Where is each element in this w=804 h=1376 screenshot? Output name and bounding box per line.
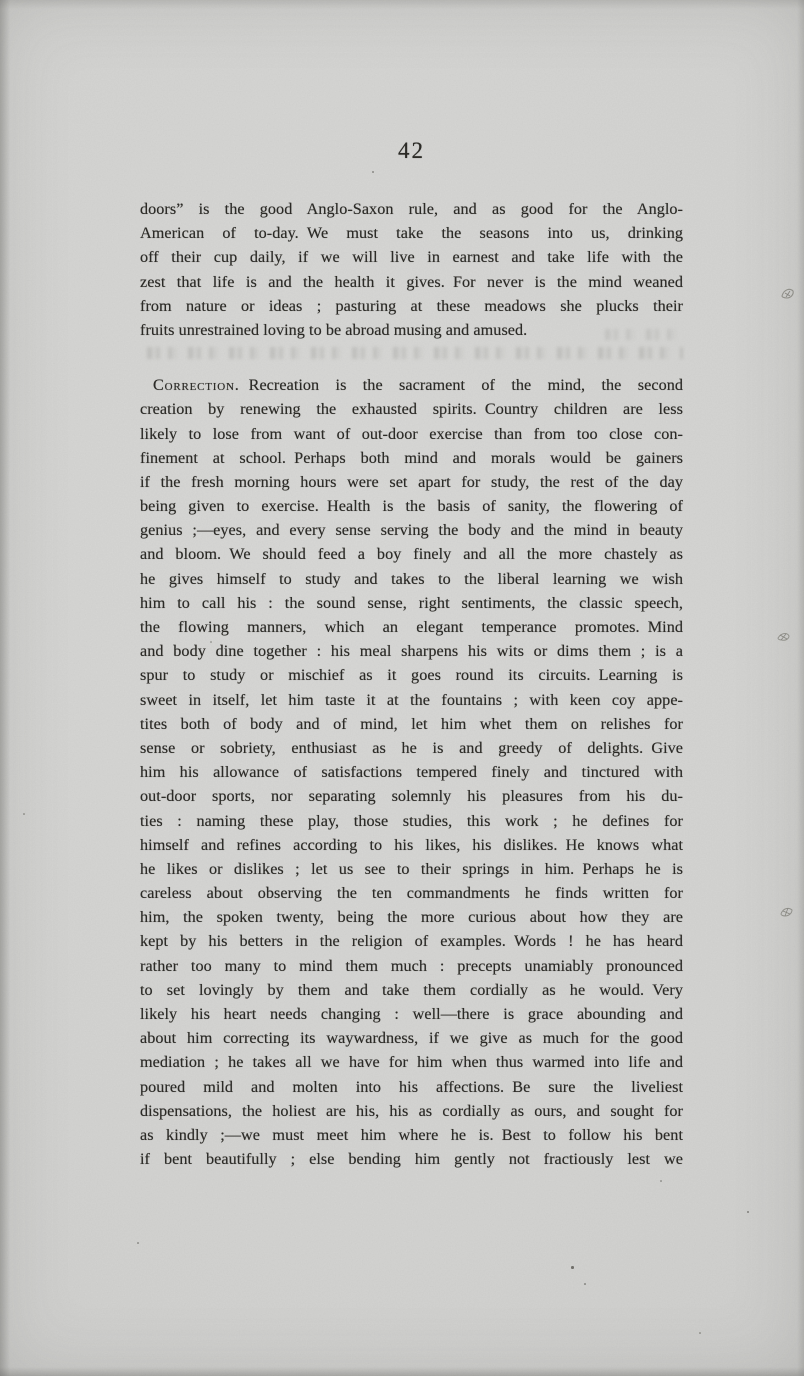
- text-line: if the fresh morning hours were set apar…: [140, 470, 683, 494]
- scan-speck: [372, 171, 374, 173]
- text-line: Correction.Recreation is the sacrament o…: [140, 373, 683, 397]
- text-line: as kindly ;—we must meet him where he is…: [140, 1123, 683, 1147]
- text-line: doors” is the good Anglo-Saxon rule, and…: [140, 197, 683, 221]
- text-line: sense or sobriety, enthusiast as he is a…: [140, 736, 683, 760]
- text-line: and body dine together : his meal sharpe…: [140, 639, 683, 663]
- text-line: fruits unrestrained loving to be abroad …: [140, 318, 683, 342]
- text-line: likely to lose from want of out-door exe…: [140, 422, 683, 446]
- text-line: genius ;—eyes, and every sense serving t…: [140, 518, 683, 542]
- text-line: him to call his : the sound sense, right…: [140, 591, 683, 615]
- paragraph-intro-continuation: doors” is the good Anglo-Saxon rule, and…: [140, 197, 683, 342]
- text-line: sweet in itself, let him taste it at the…: [140, 688, 683, 712]
- paragraph-lead-smallcaps: Correction.: [153, 376, 240, 394]
- text-line: finement at school. Perhaps both mind an…: [140, 446, 683, 470]
- text-line: he gives himself to study and takes to t…: [140, 567, 683, 591]
- text-line: about him correcting its waywardness, if…: [140, 1026, 683, 1050]
- scan-speck: [660, 1180, 662, 1182]
- paragraph-correction: Correction.Recreation is the sacrament o…: [140, 373, 683, 1171]
- scan-speck: [699, 1332, 701, 1334]
- text-line: if bent beautifully ; else bending him g…: [140, 1147, 683, 1171]
- scan-speck: [571, 1266, 574, 1269]
- scan-speck: [23, 813, 25, 815]
- paper-crease-mark: [779, 285, 797, 303]
- text-line: spur to study or mischief as it goes rou…: [140, 663, 683, 687]
- text-line: to set lovingly by them and take them co…: [140, 978, 683, 1002]
- text-line: zest that life is and the health it give…: [140, 270, 683, 294]
- text-line: him his allowance of satisfactions tempe…: [140, 760, 683, 784]
- text-line: American of to-day. We must take the sea…: [140, 221, 683, 245]
- text-line: the flowing manners, which an elegant te…: [140, 615, 683, 639]
- text-line: kept by his betters in the religion of e…: [140, 929, 683, 953]
- text-line: careless about observing the ten command…: [140, 881, 683, 905]
- scan-speck: [137, 1242, 139, 1244]
- text-line: tites both of body and of mind, let him …: [140, 712, 683, 736]
- text-line: ties : naming these play, those studies,…: [140, 809, 683, 833]
- text-line: mediation ; he takes all we have for him…: [140, 1050, 683, 1074]
- scan-speck: [747, 1211, 749, 1213]
- text-line: and bloom. We should feed a boy finely a…: [140, 542, 683, 566]
- paper-crease-mark: [775, 628, 793, 646]
- text-line: himself and refines according to his lik…: [140, 833, 683, 857]
- text-line: from nature or ideas ; pasturing at thes…: [140, 294, 683, 318]
- text-line: being given to exercise. Health is the b…: [140, 494, 683, 518]
- text-block: doors” is the good Anglo-Saxon rule, and…: [140, 197, 683, 1171]
- book-page-scan: 42 doors” is the good Anglo-Saxon rule, …: [0, 0, 804, 1376]
- text-line: off their cup daily, if we will live in …: [140, 245, 683, 269]
- text-line: him, the spoken twenty, being the more c…: [140, 905, 683, 929]
- text-line: creation by renewing the exhausted spiri…: [140, 397, 683, 421]
- text-line: he likes or dislikes ; let us see to the…: [140, 857, 683, 881]
- page-number: 42: [140, 138, 683, 164]
- text-line: rather too many to mind them much : prec…: [140, 954, 683, 978]
- text-line: out-door sports, nor separating solemnly…: [140, 784, 683, 808]
- scan-speck: [584, 1283, 586, 1285]
- paper-crease-mark: [778, 903, 796, 921]
- text-line: poured mild and molten into his affectio…: [140, 1075, 683, 1099]
- text-line: likely his heart needs changing : well—t…: [140, 1002, 683, 1026]
- text-line: dispensations, the holiest are his, his …: [140, 1099, 683, 1123]
